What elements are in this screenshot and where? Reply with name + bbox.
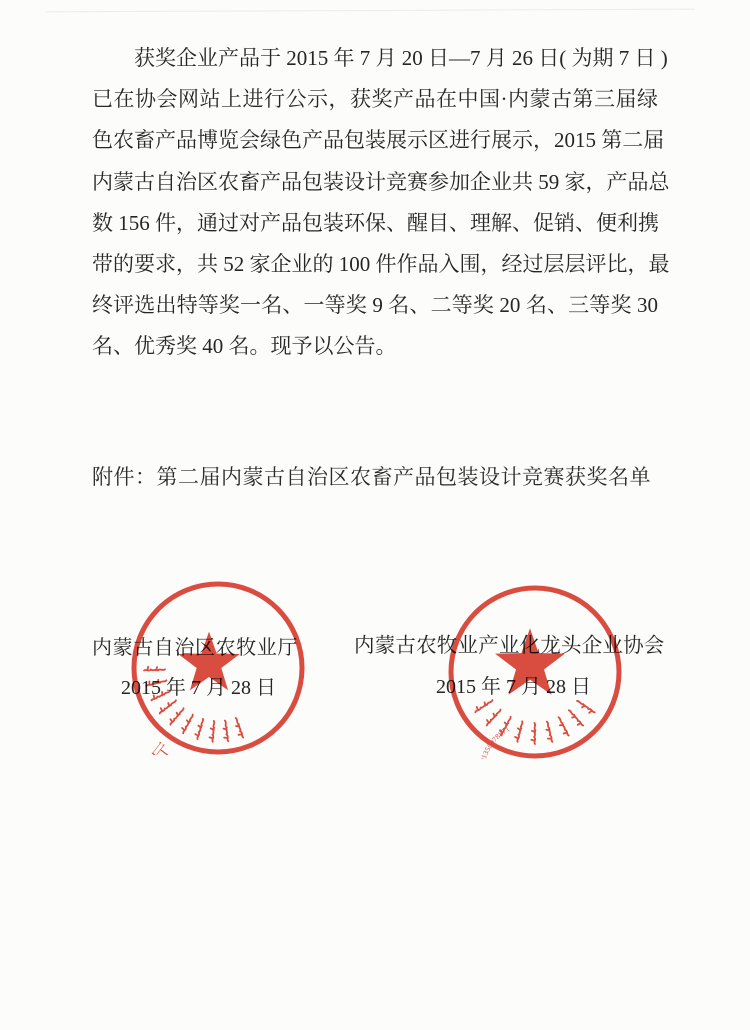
seal-serial-text-path: 1501350078871 [476,724,511,759]
paragraph-line: 数 156 件，通过对产品包装环保、醒目、理解、促销、便利携 [92,203,658,244]
paragraph-line: 带的要求，共 52 家企业的 100 件作品入围，经过层层评比，最 [92,244,658,285]
scan-artifact-line [45,9,695,13]
official-seal-right: 内蒙古农牧业产业化龙头企业协会 1501350078871 [448,585,622,759]
announcement-paragraph: 获奖企业产品于 2015 年 7 月 20 日—7 月 26 日( 为期 7 日… [92,38,658,368]
official-seal-left: 内蒙古自治区农牧业厅 [130,581,306,755]
paragraph-line: 色农畜产品博览会绿色产品包装展示区进行展示，2015 第二届 [92,120,658,161]
star-icon [178,632,240,691]
paragraph-line: 获奖企业产品于 2015 年 7 月 20 日—7 月 26 日( 为期 7 日… [92,38,658,79]
scanned-document-page: 获奖企业产品于 2015 年 7 月 20 日—7 月 26 日( 为期 7 日… [0,0,750,1030]
seal-serial-number: 1501350078871 [476,724,511,759]
paragraph-line: 终评选出特等奖一名、一等奖 9 名、二等奖 20 名、三等奖 30 [92,285,658,326]
star-icon [495,628,565,694]
paragraph-line: 名、优秀奖 40 名。现予以公告。 [92,326,658,367]
paragraph-line: 内蒙古自治区农畜产品包装设计竞赛参加企业共 59 家，产品总 [92,162,658,203]
paragraph-line: 已在协会网站上进行公示，获奖产品在中国·内蒙古第三届绿 [92,79,658,120]
attachment-line: 附件：第二届内蒙古自治区农畜产品包装设计竞赛获奖名单 [92,461,651,491]
